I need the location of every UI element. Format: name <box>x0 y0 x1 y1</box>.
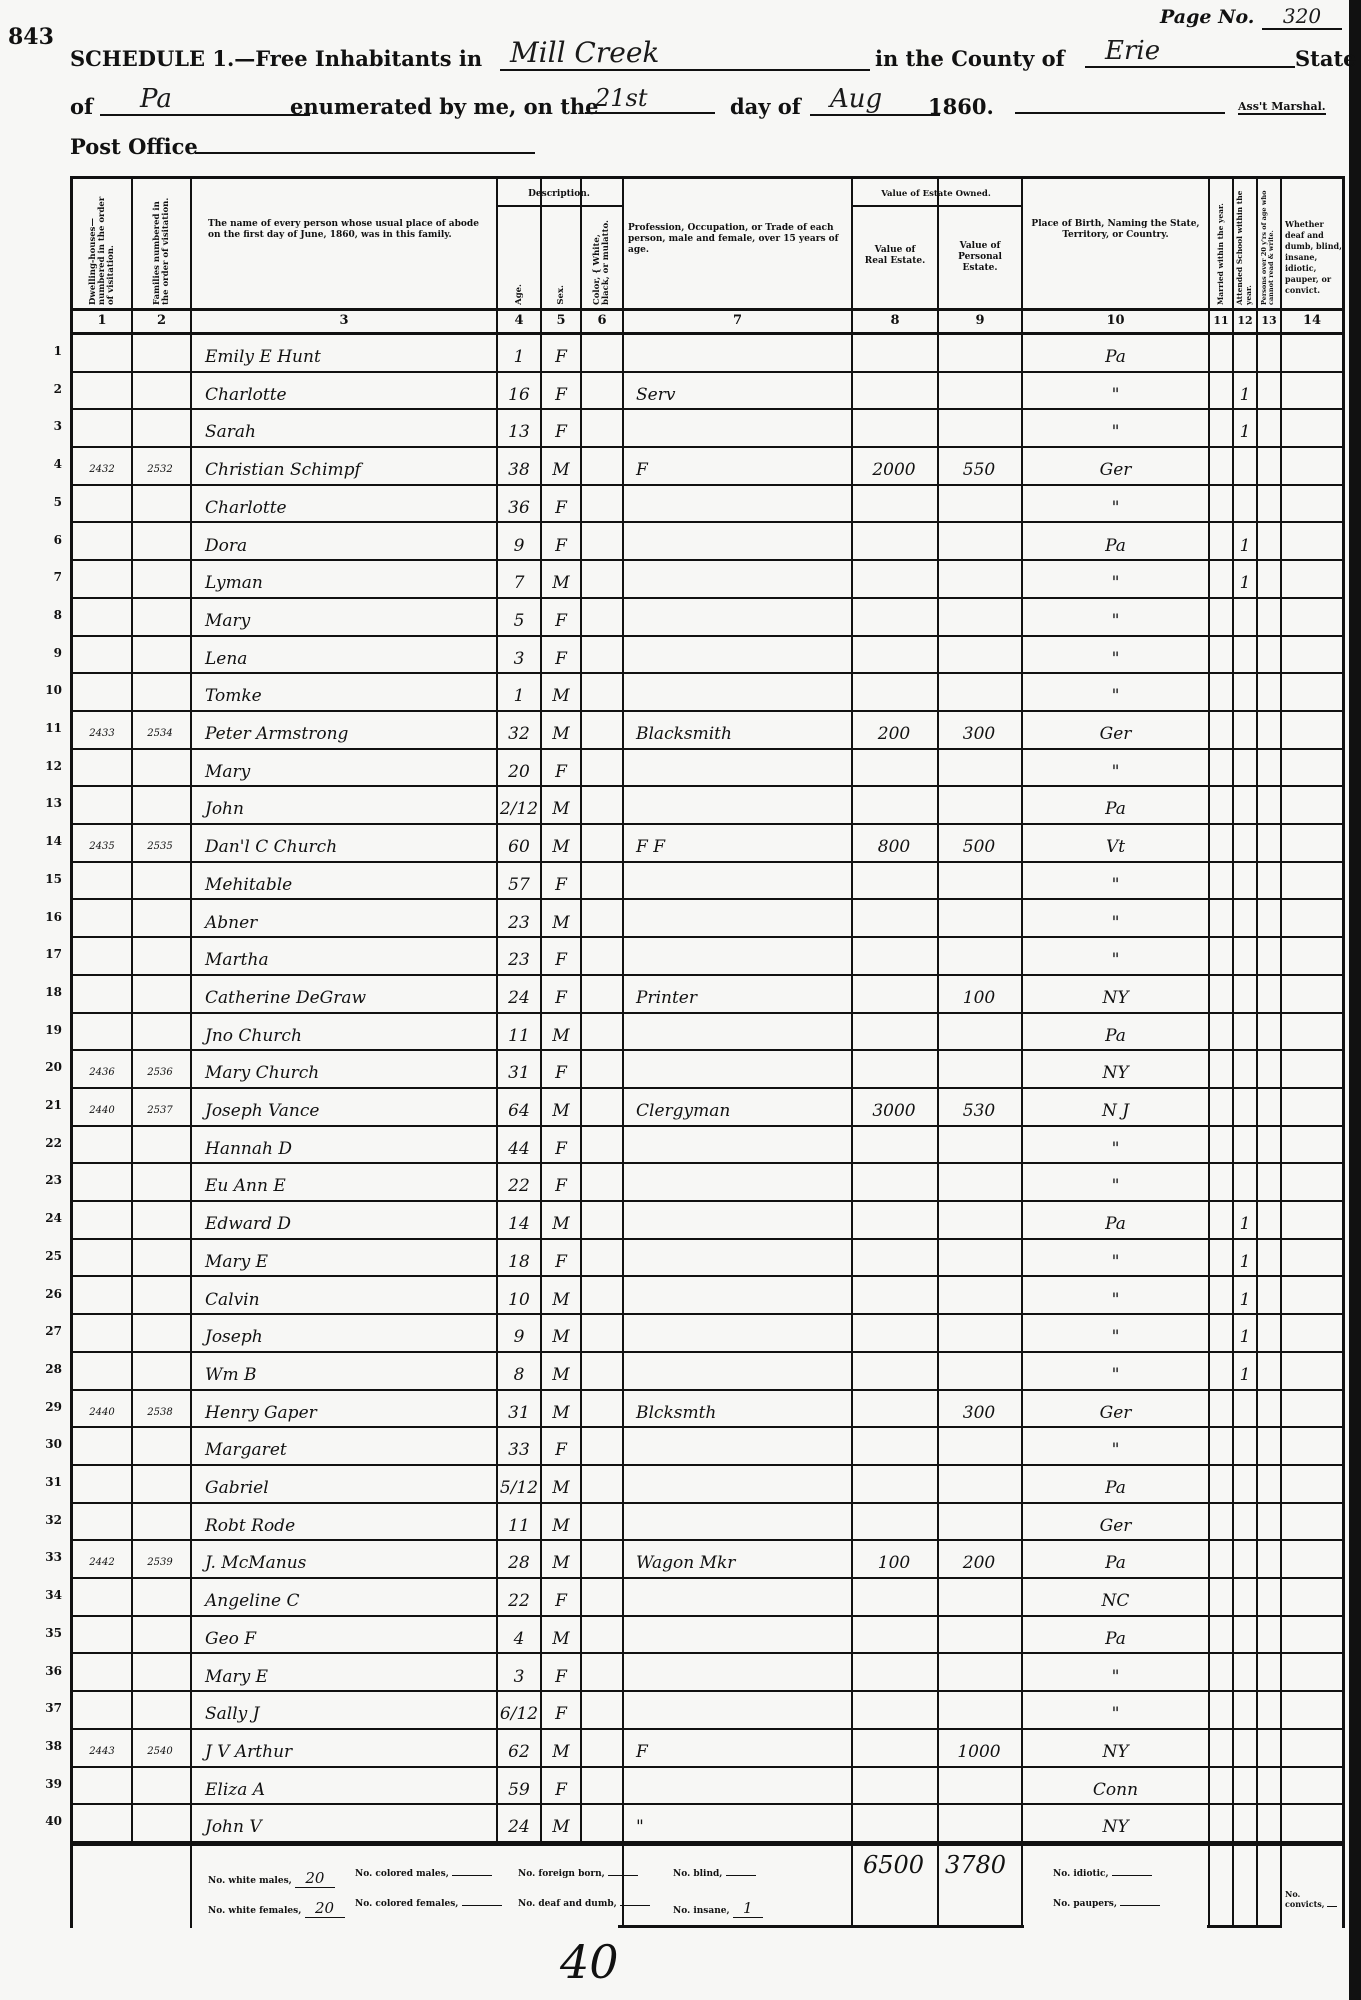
cell-occupation: F F <box>624 825 861 862</box>
cell-school <box>1234 712 1256 749</box>
row-number: 8 <box>40 608 62 622</box>
cell-name: Angeline C <box>195 1579 505 1616</box>
cell-school <box>1234 1617 1256 1654</box>
cell-personal <box>939 524 1019 561</box>
cell-sex: M <box>542 1730 580 1767</box>
header-col-7: Profession, Occupation, or Trade of each… <box>628 223 843 256</box>
cell-occupation <box>624 1202 861 1239</box>
cell-family <box>133 750 187 787</box>
cell-personal <box>939 1428 1019 1465</box>
cell-sex: F <box>542 1692 580 1729</box>
header-estate-group: Value of Estate Owned. <box>851 189 1021 200</box>
cell-personal: 100 <box>939 976 1019 1013</box>
row-number: 15 <box>40 872 62 886</box>
cell-birth: N J <box>1023 1089 1208 1126</box>
table-row: Jno Church11MPa <box>73 1014 1342 1051</box>
cell-occupation: Wagon Mkr <box>624 1541 861 1578</box>
description-group-line <box>496 205 622 207</box>
colored-males: No. colored males, <box>355 1869 492 1879</box>
cell-dwelling: 2433 <box>73 712 131 749</box>
cell-family <box>133 486 187 523</box>
cell-real <box>853 410 935 447</box>
row-number: 13 <box>40 796 62 810</box>
cell-occupation: Blacksmith <box>624 712 861 749</box>
cell-family: 2534 <box>133 712 187 749</box>
cell-occupation <box>624 637 861 674</box>
header-col-2: Families numbered in the order of visita… <box>133 187 190 305</box>
cell-personal <box>939 1315 1019 1352</box>
cell-name: Sarah <box>195 410 505 447</box>
row-number: 33 <box>40 1550 62 1564</box>
cell-occupation: " <box>624 1805 861 1842</box>
cell-birth: " <box>1023 561 1208 598</box>
row-number: 28 <box>40 1362 62 1376</box>
paupers: No. paupers, <box>1053 1899 1160 1909</box>
cell-occupation <box>624 863 861 900</box>
cell-age: 3 <box>498 637 540 674</box>
cell-family <box>133 1579 187 1616</box>
cell-real <box>853 524 935 561</box>
summary-cover-left <box>73 1846 190 1928</box>
cell-family <box>133 1164 187 1201</box>
cell-sex: M <box>542 448 580 485</box>
table-row: Eu Ann E22F" <box>73 1164 1342 1201</box>
cell-real <box>853 599 935 636</box>
cell-age: 31 <box>498 1391 540 1428</box>
cell-family <box>133 787 187 824</box>
cell-name: Martha <box>195 938 505 975</box>
cell-age: 22 <box>498 1164 540 1201</box>
cell-sex: M <box>542 674 580 711</box>
cell-personal: 200 <box>939 1541 1019 1578</box>
cell-birth: " <box>1023 1240 1208 1277</box>
cell-school <box>1234 938 1256 975</box>
cell-age: 24 <box>498 1805 540 1842</box>
cell-age: 44 <box>498 1127 540 1164</box>
summary-cover-right <box>1282 1846 1342 1928</box>
cell-family <box>133 1655 187 1692</box>
header-col-4: Age. <box>498 213 540 305</box>
county-field: Erie <box>1085 36 1295 68</box>
table-row: Hannah D44F" <box>73 1127 1342 1164</box>
row-number: 39 <box>40 1777 62 1791</box>
cell-real <box>853 787 935 824</box>
cell-school <box>1234 787 1256 824</box>
cell-family <box>133 901 187 938</box>
cell-birth: Pa <box>1023 1014 1208 1051</box>
cell-name: Margaret <box>195 1428 505 1465</box>
cell-dwelling <box>73 1315 131 1352</box>
cell-sex: M <box>542 1504 580 1541</box>
state-field: Pa <box>100 84 310 116</box>
cell-real <box>853 1466 935 1503</box>
cell-real <box>853 1127 935 1164</box>
cell-occupation <box>624 1315 861 1352</box>
day-field: 21st <box>585 84 715 114</box>
cell-dwelling <box>73 561 131 598</box>
colnum-1: 1 <box>73 310 131 332</box>
of-label: of <box>70 94 93 119</box>
cell-name: Peter Armstrong <box>195 712 505 749</box>
row-number: 31 <box>40 1475 62 1489</box>
table-row: Edward D14MPa1 <box>73 1202 1342 1239</box>
header-description: Description. <box>496 189 622 200</box>
cell-age: 64 <box>498 1089 540 1126</box>
table-row: Robt Rode11MGer <box>73 1504 1342 1541</box>
cell-school <box>1234 1014 1256 1051</box>
header-col-8: Value of Real Estate. <box>863 245 927 267</box>
cell-birth: " <box>1023 674 1208 711</box>
row-number: 3 <box>40 419 62 433</box>
cell-name: Joseph <box>195 1315 505 1352</box>
cell-age: 10 <box>498 1278 540 1315</box>
post-office-label: Post Office <box>70 134 198 159</box>
cell-occupation <box>624 524 861 561</box>
cell-family: 2537 <box>133 1089 187 1126</box>
cell-occupation: F <box>624 1730 861 1767</box>
cell-occupation <box>624 1278 861 1315</box>
cell-dwelling <box>73 976 131 1013</box>
row-number: 26 <box>40 1287 62 1301</box>
cell-birth: Ger <box>1023 712 1208 749</box>
cell-real <box>853 901 935 938</box>
cell-personal <box>939 1164 1019 1201</box>
header-col-11: Married within the year. <box>1208 183 1232 305</box>
cell-sex: M <box>542 1353 580 1390</box>
cell-real: 200 <box>853 712 935 749</box>
cell-school <box>1234 750 1256 787</box>
table-row: Sally J6/12F" <box>73 1692 1342 1729</box>
table-row: Mary E3F" <box>73 1655 1342 1692</box>
colnum-7: 7 <box>624 310 851 332</box>
cell-age: 9 <box>498 524 540 561</box>
cell-birth: " <box>1023 1692 1208 1729</box>
cell-name: Henry Gaper <box>195 1391 505 1428</box>
cell-sex: F <box>542 524 580 561</box>
cell-birth: Pa <box>1023 787 1208 824</box>
cell-family: 2535 <box>133 825 187 862</box>
cell-sex: F <box>542 373 580 410</box>
cell-school: 1 <box>1234 410 1256 447</box>
cell-birth: " <box>1023 1428 1208 1465</box>
cell-name: Wm B <box>195 1353 505 1390</box>
cell-birth: " <box>1023 1164 1208 1201</box>
table-row: 24362536Mary Church31FNY <box>73 1051 1342 1088</box>
cell-family <box>133 1768 187 1805</box>
table-row: Lena3F" <box>73 637 1342 674</box>
marshal-name-line <box>1015 112 1225 114</box>
cell-name: J V Arthur <box>195 1730 505 1767</box>
cell-personal <box>939 1014 1019 1051</box>
table-row: John V24M"NY <box>73 1805 1342 1842</box>
table-row: Charlotte16FServ"1 <box>73 373 1342 410</box>
cell-birth: Pa <box>1023 1617 1208 1654</box>
cell-real <box>853 1278 935 1315</box>
cell-birth: " <box>1023 373 1208 410</box>
cell-family <box>133 1692 187 1729</box>
cell-age: 2/12 <box>498 787 540 824</box>
cell-dwelling <box>73 1466 131 1503</box>
row-number: 19 <box>40 1023 62 1037</box>
cell-school: 1 <box>1234 1315 1256 1352</box>
cell-name: Charlotte <box>195 373 505 410</box>
cell-personal <box>939 637 1019 674</box>
enumerated-label: enumerated by me, on the <box>290 94 599 119</box>
cell-family: 2532 <box>133 448 187 485</box>
cell-family <box>133 863 187 900</box>
cell-age: 5/12 <box>498 1466 540 1503</box>
page-no-value: 320 <box>1262 4 1342 30</box>
cell-sex: F <box>542 1768 580 1805</box>
cell-real <box>853 1353 935 1390</box>
cell-school <box>1234 976 1256 1013</box>
cell-family <box>133 1504 187 1541</box>
cell-school: 1 <box>1234 561 1256 598</box>
table-row: Calvin10M"1 <box>73 1278 1342 1315</box>
cell-dwelling <box>73 938 131 975</box>
cell-name: Lena <box>195 637 505 674</box>
colnum-9: 9 <box>939 310 1021 332</box>
header-col-12: Attended School within the year. <box>1232 183 1256 305</box>
row-number: 25 <box>40 1249 62 1263</box>
colnum-13: 13 <box>1258 310 1280 332</box>
cell-name: John V <box>195 1805 505 1842</box>
table-row: 24352535Dan'l C Church60MF F800500Vt <box>73 825 1342 862</box>
cell-sex: M <box>542 1617 580 1654</box>
row-number: 36 <box>40 1664 62 1678</box>
cell-personal <box>939 1504 1019 1541</box>
table-row: 24422539J. McManus28MWagon Mkr100200Pa <box>73 1541 1342 1578</box>
row-number: 16 <box>40 910 62 924</box>
cell-birth: NY <box>1023 1051 1208 1088</box>
cell-family <box>133 373 187 410</box>
cell-sex: F <box>542 1127 580 1164</box>
cell-name: Mary E <box>195 1655 505 1692</box>
cell-personal <box>939 1240 1019 1277</box>
row-number: 21 <box>40 1098 62 1112</box>
cell-real <box>853 976 935 1013</box>
header-col-9: Value of Personal Estate. <box>945 241 1015 274</box>
cell-occupation: Printer <box>624 976 861 1013</box>
summary-cover-mid <box>1024 1846 1207 1928</box>
cell-dwelling <box>73 1504 131 1541</box>
cell-sex: F <box>542 750 580 787</box>
cell-dwelling <box>73 410 131 447</box>
cell-age: 31 <box>498 1051 540 1088</box>
cell-dwelling: 2443 <box>73 1730 131 1767</box>
cell-birth: " <box>1023 901 1208 938</box>
row-number: 27 <box>40 1324 62 1338</box>
table-row: 24402537Joseph Vance64MClergyman3000530N… <box>73 1089 1342 1126</box>
cell-name: Eu Ann E <box>195 1164 505 1201</box>
cell-school: 1 <box>1234 373 1256 410</box>
cell-name: Mary E <box>195 1240 505 1277</box>
cell-family <box>133 637 187 674</box>
cell-name: Tomke <box>195 674 505 711</box>
cell-personal: 550 <box>939 448 1019 485</box>
cell-family: 2536 <box>133 1051 187 1088</box>
white-females: No. white females, 20 <box>208 1899 345 1918</box>
cell-occupation: F <box>624 448 861 485</box>
cell-birth: " <box>1023 938 1208 975</box>
cell-school <box>1234 637 1256 674</box>
cell-real: 2000 <box>853 448 935 485</box>
row-number: 24 <box>40 1211 62 1225</box>
cell-birth: " <box>1023 1655 1208 1692</box>
header-col-13: Persons over 20 y'rs of age who cannot r… <box>1256 183 1280 305</box>
cell-school <box>1234 486 1256 523</box>
cell-dwelling <box>73 1127 131 1164</box>
cell-age: 57 <box>498 863 540 900</box>
sheet-number: 843 <box>8 24 54 50</box>
cell-family <box>133 674 187 711</box>
cell-sex: F <box>542 1240 580 1277</box>
cell-occupation: Clergyman <box>624 1089 861 1126</box>
cell-name: Jno Church <box>195 1014 505 1051</box>
cell-sex: F <box>542 410 580 447</box>
cell-school <box>1234 335 1256 372</box>
row-number: 18 <box>40 985 62 999</box>
cell-family <box>133 1353 187 1390</box>
cell-sex: M <box>542 1278 580 1315</box>
cell-real <box>853 1164 935 1201</box>
cell-birth: " <box>1023 1353 1208 1390</box>
total-real-estate: 6500 <box>863 1851 924 1879</box>
cell-family <box>133 599 187 636</box>
cell-dwelling <box>73 787 131 824</box>
row-number: 9 <box>40 646 62 660</box>
cell-personal <box>939 1466 1019 1503</box>
cell-personal: 500 <box>939 825 1019 862</box>
cell-dwelling <box>73 1164 131 1201</box>
cell-birth: NY <box>1023 1730 1208 1767</box>
cell-family <box>133 1315 187 1352</box>
row-number: 29 <box>40 1400 62 1414</box>
cell-personal <box>939 1127 1019 1164</box>
cell-name: Dan'l C Church <box>195 825 505 862</box>
cell-family <box>133 1428 187 1465</box>
cell-name: Calvin <box>195 1278 505 1315</box>
cell-sex: F <box>542 599 580 636</box>
cell-sex: M <box>542 561 580 598</box>
cell-sex: F <box>542 1051 580 1088</box>
cell-personal: 300 <box>939 712 1019 749</box>
row-number: 30 <box>40 1437 62 1451</box>
cell-birth: " <box>1023 637 1208 674</box>
cell-school <box>1234 599 1256 636</box>
cell-dwelling <box>73 373 131 410</box>
cell-occupation: Blcksmth <box>624 1391 861 1428</box>
cell-family: 2540 <box>133 1730 187 1767</box>
cell-name: John <box>195 787 505 824</box>
cell-age: 4 <box>498 1617 540 1654</box>
cell-age: 20 <box>498 750 540 787</box>
summary-divider <box>190 1846 192 1925</box>
colnum-2: 2 <box>133 310 190 332</box>
table-row: Mary E18F"1 <box>73 1240 1342 1277</box>
cell-birth: Conn <box>1023 1768 1208 1805</box>
cell-school: 1 <box>1234 1202 1256 1239</box>
cell-age: 22 <box>498 1579 540 1616</box>
cell-real <box>853 1730 935 1767</box>
cell-birth: " <box>1023 599 1208 636</box>
cell-dwelling <box>73 863 131 900</box>
cell-sex: F <box>542 863 580 900</box>
table-row: Dora9FPa1 <box>73 524 1342 561</box>
cell-personal <box>939 901 1019 938</box>
cell-real: 100 <box>853 1541 935 1578</box>
cell-dwelling <box>73 1240 131 1277</box>
cell-school <box>1234 1655 1256 1692</box>
cell-personal <box>939 1692 1019 1729</box>
cell-real <box>853 1240 935 1277</box>
schedule-label: SCHEDULE 1.—Free Inhabitants in <box>70 46 482 71</box>
cell-occupation <box>624 674 861 711</box>
cell-occupation <box>624 787 861 824</box>
table-row: Geo F4MPa <box>73 1617 1342 1654</box>
cell-personal <box>939 1278 1019 1315</box>
cell-occupation <box>624 1014 861 1051</box>
row-number: 1 <box>40 344 62 358</box>
cell-family <box>133 1240 187 1277</box>
cell-sex: F <box>542 486 580 523</box>
cell-personal: 1000 <box>939 1730 1019 1767</box>
cell-age: 23 <box>498 938 540 975</box>
cell-name: Geo F <box>195 1617 505 1654</box>
colnum-11: 11 <box>1210 310 1232 332</box>
cell-birth: " <box>1023 1127 1208 1164</box>
table-row: 24432540J V Arthur62MF1000NY <box>73 1730 1342 1767</box>
cell-dwelling <box>73 637 131 674</box>
cell-school <box>1234 1768 1256 1805</box>
cell-family <box>133 561 187 598</box>
cell-family: 2538 <box>133 1391 187 1428</box>
row-number: 5 <box>40 495 62 509</box>
cell-sex: M <box>542 712 580 749</box>
cell-name: Mary <box>195 599 505 636</box>
cell-birth: " <box>1023 1315 1208 1352</box>
cell-personal: 530 <box>939 1089 1019 1126</box>
cell-sex: M <box>542 1805 580 1842</box>
cell-sex: F <box>542 335 580 372</box>
table-row: Gabriel5/12MPa <box>73 1466 1342 1503</box>
cell-real <box>853 1655 935 1692</box>
cell-sex: M <box>542 1014 580 1051</box>
cell-occupation <box>624 1428 861 1465</box>
cell-occupation <box>624 1466 861 1503</box>
cell-sex: M <box>542 1315 580 1352</box>
year-label: 1860. <box>928 94 994 119</box>
cell-birth: Pa <box>1023 524 1208 561</box>
cell-family <box>133 1805 187 1842</box>
row-number: 2 <box>40 382 62 396</box>
row-number: 10 <box>40 683 62 697</box>
cell-family <box>133 335 187 372</box>
cell-age: 16 <box>498 373 540 410</box>
cell-family <box>133 1617 187 1654</box>
cell-occupation <box>624 410 861 447</box>
cell-occupation <box>624 486 861 523</box>
cell-real <box>853 335 935 372</box>
cell-dwelling <box>73 1692 131 1729</box>
cell-name: Catherine DeGraw <box>195 976 505 1013</box>
cell-sex: M <box>542 1202 580 1239</box>
header-col-3: The name of every person whose usual pla… <box>208 219 488 241</box>
cell-age: 32 <box>498 712 540 749</box>
cell-age: 59 <box>498 1768 540 1805</box>
cell-real <box>853 561 935 598</box>
cell-school: 1 <box>1234 524 1256 561</box>
